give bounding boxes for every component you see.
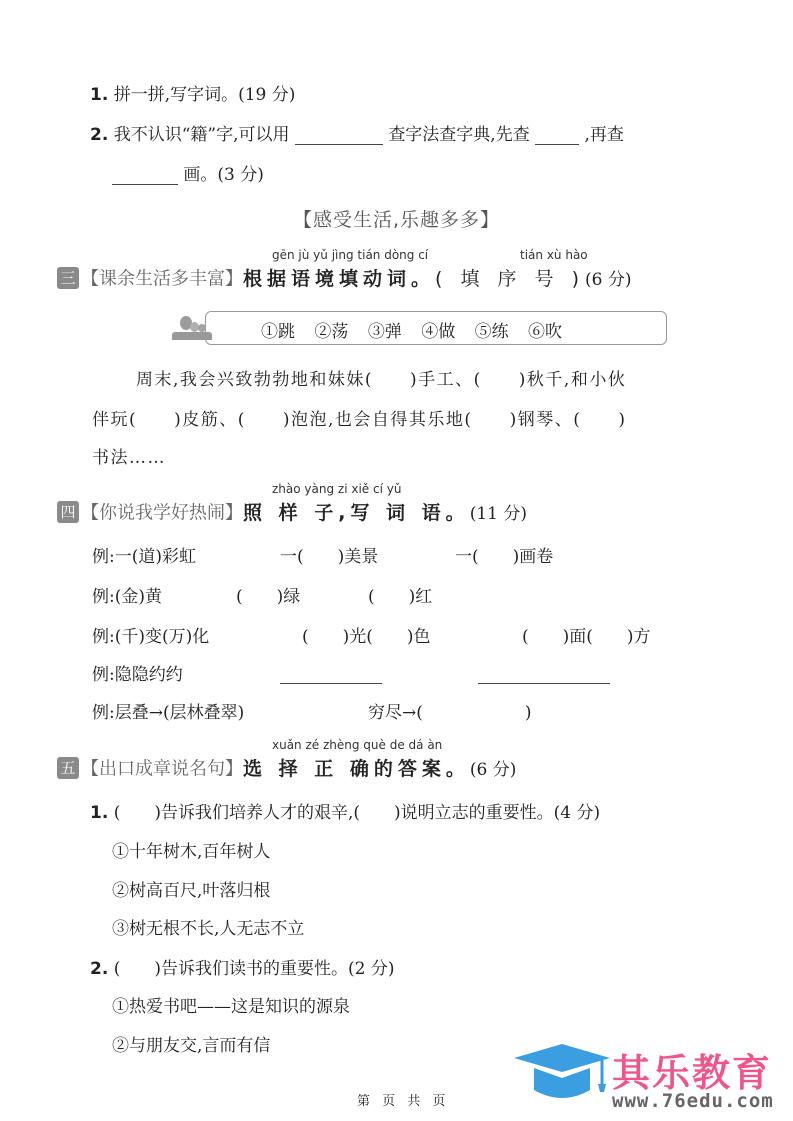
- question-text: 画。(3 分): [183, 165, 263, 185]
- question-text: 拼一拼,写字词。(19 分): [114, 85, 296, 105]
- exercise-item: ( )绿: [236, 582, 300, 607]
- answer-option: ③树无根不长,人无志不立: [112, 914, 304, 939]
- answer-line[interactable]: [478, 683, 610, 684]
- section-number-badge: 五: [57, 757, 79, 779]
- answer-blank[interactable]: [535, 126, 579, 145]
- example-row: 例:(金)黄: [92, 582, 162, 607]
- question-number: 2.: [90, 125, 108, 145]
- pinyin-annotation: gēn jù yǔ jìng tián dòng cí: [272, 248, 428, 262]
- pinyin-annotation: xuǎn zé zhèng què de dá àn: [272, 738, 442, 752]
- section-instruction: 照 样 子,写 词 语。: [243, 502, 470, 524]
- watermark-brand: 其乐教育: [612, 1042, 772, 1097]
- section-topic: 【你说我学好热闹】: [81, 503, 243, 524]
- question-number: 1.: [90, 85, 108, 105]
- answer-line[interactable]: [280, 683, 382, 684]
- passage-line: 书法……: [92, 443, 166, 468]
- word-option: ②荡: [314, 317, 348, 342]
- section-instruction-paren: ( 填 序 号 ): [435, 268, 585, 290]
- word-option: ①跳: [261, 317, 295, 342]
- section-score: (11 分): [470, 504, 527, 524]
- exercise-item: 一( )画卷: [455, 542, 553, 567]
- question-2: 2. 我不认识“籍”字,可以用 查字法查字典,先查 ,再查: [90, 120, 624, 145]
- pinyin-annotation: tián xù hào: [520, 248, 588, 262]
- section-topic: 【课余生活多丰富】: [81, 269, 243, 290]
- section-number-badge: 三: [57, 267, 79, 289]
- section-number-badge: 四: [57, 501, 79, 523]
- question-number: 2.: [90, 959, 108, 979]
- question-number: 1.: [90, 803, 108, 823]
- section-score: (6 分): [585, 270, 631, 290]
- exercise-item: ( )面( )方: [522, 622, 651, 647]
- word-option: ④做: [421, 317, 455, 342]
- question-2: 2. ( )告诉我们读书的重要性。(2 分): [90, 954, 394, 979]
- answer-option: ①热爱书吧——这是知识的源泉: [112, 992, 350, 1017]
- example-text: 例:一(道)彩虹: [92, 547, 196, 567]
- word-option: ③弹: [368, 317, 402, 342]
- section-topic: 【出口成章说名句】: [81, 759, 243, 780]
- passage-line: 伴玩( )皮筋、( )泡泡,也会自得其乐地( )钢琴、( ): [92, 405, 626, 430]
- answer-option: ①十年树木,百年树人: [112, 837, 270, 862]
- question-text: ( )告诉我们读书的重要性。(2 分): [114, 959, 395, 979]
- answer-blank[interactable]: [295, 126, 383, 145]
- example-row: 例:层叠→(层林叠翠): [92, 698, 244, 723]
- word-option: ⑥吹: [528, 317, 562, 342]
- question-2-continued: 画。(3 分): [112, 160, 264, 185]
- section-instruction: 选 择 正 确的答案。: [243, 758, 470, 780]
- answer-option: ②与朋友交,言而有信: [112, 1031, 270, 1056]
- exercise-item: 一( )美景: [280, 542, 378, 567]
- pinyin-annotation: zhào yàng zi xiě cí yǔ: [272, 482, 401, 496]
- exercise-item: ( )红: [368, 582, 432, 607]
- section-header: 【感受生活,乐趣多多】: [0, 205, 793, 232]
- question-text: 查字法查字典,先查: [388, 125, 529, 145]
- question-1: 1. 拼一拼,写字词。(19 分): [90, 80, 295, 105]
- question-1: 1. ( )告诉我们培养人才的艰辛,( )说明立志的重要性。(4 分): [90, 798, 600, 823]
- section-5-heading: 五【出口成章说名句】选 择 正 确的答案。(6 分): [57, 754, 516, 781]
- answer-option: ②树高百尺,叶落归根: [112, 876, 270, 901]
- exercise-item: ( )光( )色: [302, 622, 431, 647]
- exercise-item: 穷尽→( ): [368, 698, 532, 723]
- word-bank-box: ①跳 ②荡 ③弹 ④做 ⑤练 ⑥吹: [205, 311, 667, 345]
- example-row: 例:一(道)彩虹: [92, 542, 196, 567]
- graduation-cap-icon: [512, 1040, 612, 1110]
- section-score: (6 分): [470, 760, 516, 780]
- question-text: ,再查: [585, 125, 624, 145]
- question-text: ( )告诉我们培养人才的艰辛,( )说明立志的重要性。(4 分): [114, 803, 600, 823]
- answer-blank[interactable]: [112, 166, 178, 185]
- question-text: 我不认识“籍”字,可以用: [114, 125, 290, 145]
- word-option: ⑤练: [475, 317, 509, 342]
- page-footer: 第 页 共 页: [357, 1090, 449, 1109]
- word-bank-options: ①跳 ②荡 ③弹 ④做 ⑤练 ⑥吹: [261, 317, 576, 342]
- section-4-heading: 四【你说我学好热闹】照 样 子,写 词 语。(11 分): [57, 498, 527, 525]
- passage-line: 周末,我会兴致勃勃地和妹妹( )手工、( )秋千,和小伙: [136, 365, 626, 390]
- example-row: 例:(千)变(万)化: [92, 622, 209, 647]
- section-3-heading: 三【课余生活多丰富】根据语境填动词。( 填 序 号 )(6 分): [57, 264, 631, 291]
- section-instruction: 根据语境填动词。: [243, 268, 435, 290]
- example-row: 例:隐隐约约: [92, 660, 183, 685]
- watermark-url: www.76edu.com: [612, 1090, 774, 1112]
